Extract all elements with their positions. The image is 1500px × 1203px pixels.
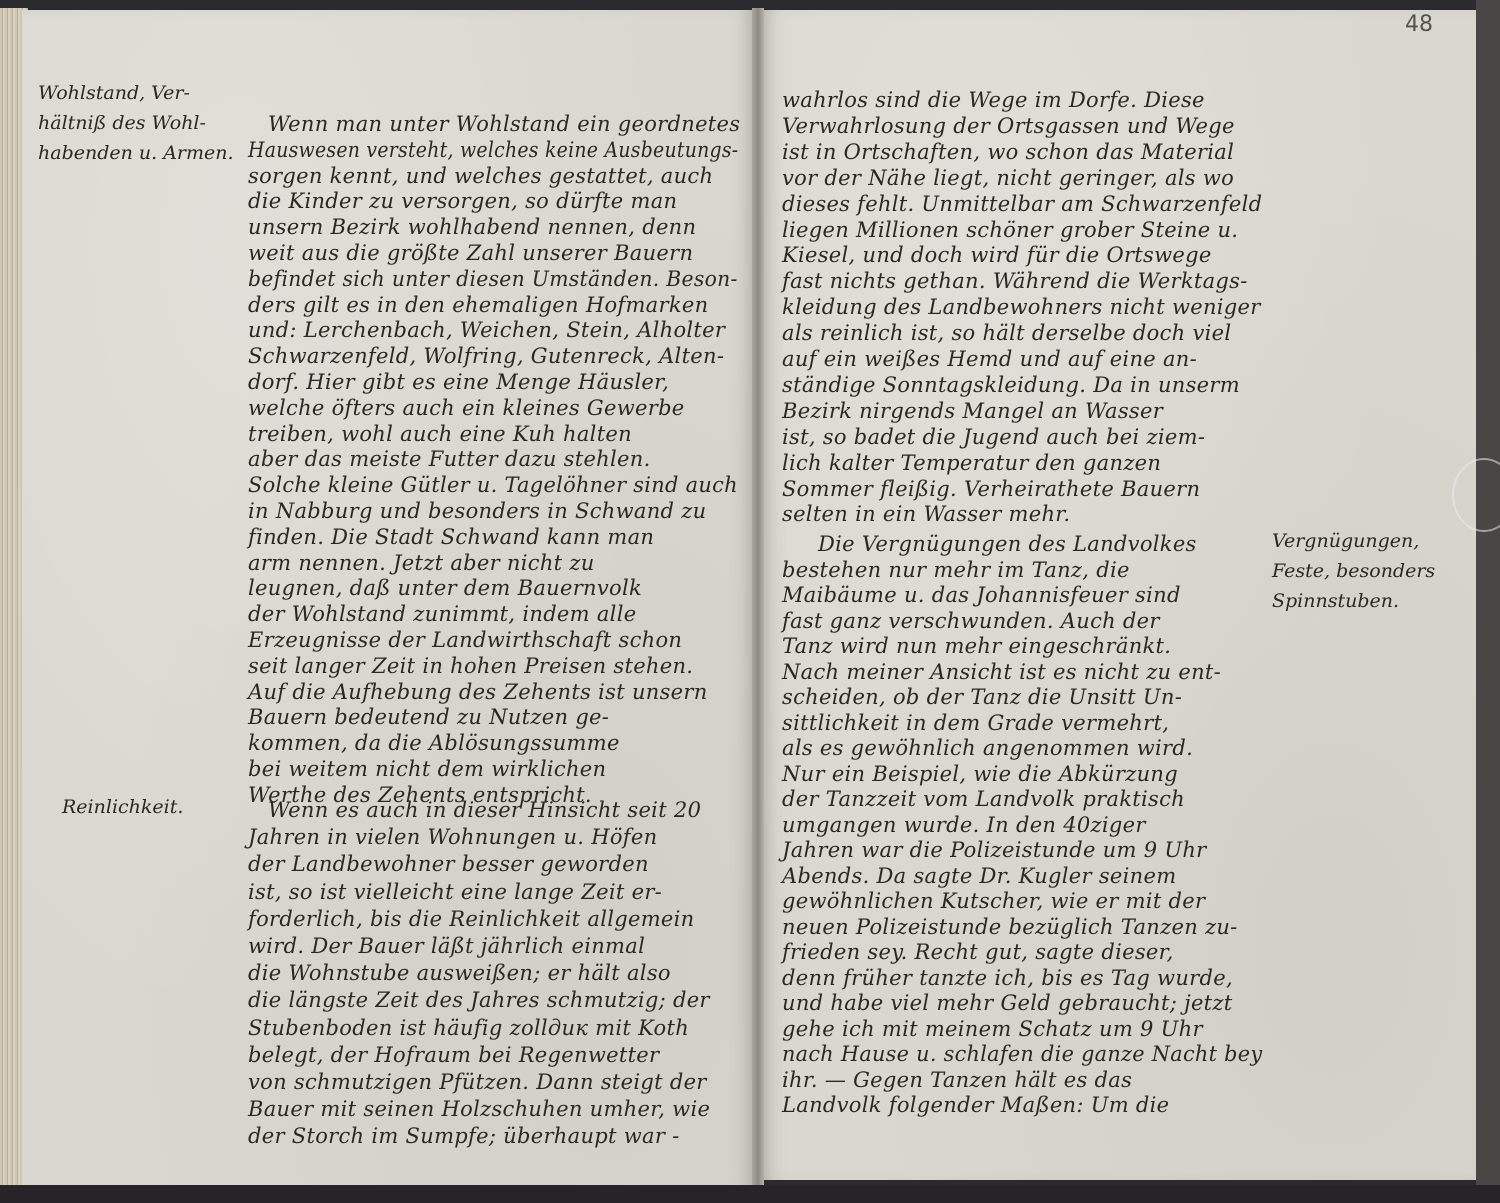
manuscript-line: von schmutzigen Pfützen. Dann steigt der	[248, 1070, 707, 1094]
manuscript-line: Maibäume u. das Johannisfeuer sind	[782, 583, 1181, 607]
manuscript-line: dieses fehlt. Unmittelbar am Schwarzenfe…	[782, 192, 1262, 216]
manuscript-line: sittlichkeit in dem Grade vermehrt,	[782, 711, 1169, 735]
manuscript-line: und: Lerchenbach, Weichen, Stein, Alholt…	[248, 318, 725, 342]
binding-board	[1476, 0, 1500, 1203]
manuscript-line: wird. Der Bauer läßt jährlich einmal	[248, 934, 645, 958]
manuscript-line: Schwarzenfeld, Wolfring, Gutenreck, Alte…	[248, 344, 724, 368]
manuscript-line: lich kalter Temperatur den ganzen	[782, 451, 1161, 475]
manuscript-line: Jahren war die Polizeistunde um 9 Uhr	[782, 838, 1207, 862]
manuscript-line: bei weitem nicht dem wirklichen	[248, 757, 606, 781]
manuscript-line: als es gewöhnlich angenommen wird.	[782, 736, 1193, 760]
manuscript-line: bestehen nur mehr im Tanz, die	[782, 558, 1130, 582]
manuscript-spread: 48 Wohlstand, Ver- hältniß des Wohl- hab…	[0, 0, 1500, 1203]
manuscript-line: wahrlos sind die Wege im Dorfe. Diese	[782, 88, 1205, 112]
manuscript-line: Stubenboden ist häufig zollдик mit Koth	[248, 1016, 689, 1040]
manuscript-line: ihr. — Gegen Tanzen hält es das	[782, 1068, 1132, 1092]
margin-note-wohlstand-2: hältniß des Wohl-	[38, 112, 206, 134]
manuscript-line: Wenn man unter Wohlstand ein geordnetes	[268, 112, 740, 136]
manuscript-line: fast ganz verschwunden. Auch der	[782, 609, 1160, 633]
manuscript-line: die längste Zeit des Jahres schmutzig; d…	[248, 988, 710, 1012]
manuscript-line: Hauswesen versteht, welches keine Ausbeu…	[248, 138, 738, 162]
manuscript-line: arm nennen. Jetzt aber nicht zu	[248, 551, 595, 575]
scan-background	[0, 1185, 1500, 1203]
manuscript-line: weit aus die größte Zahl unserer Bauern	[248, 241, 693, 265]
manuscript-line: ist, so badet die Jugend auch bei ziem-	[782, 425, 1205, 449]
margin-note-wohlstand-3: habenden u. Armen.	[38, 142, 234, 164]
margin-note-wohlstand-1: Wohlstand, Ver-	[38, 82, 190, 104]
manuscript-line: Bauer mit seinen Holzschuhen umher, wie	[248, 1097, 710, 1121]
manuscript-line: unsern Bezirk wohlhabend nennen, denn	[248, 215, 696, 239]
manuscript-line: dorf. Hier gibt es eine Menge Häusler,	[248, 370, 669, 394]
manuscript-line: kleidung des Landbewohners nicht weniger	[782, 295, 1261, 319]
manuscript-line: Jahren in vielen Wohnungen u. Höfen	[248, 825, 657, 849]
manuscript-line: welche öfters auch ein kleines Gewerbe	[248, 396, 685, 420]
manuscript-line: ders gilt es in den ehemaligen Hofmarken	[248, 293, 708, 317]
manuscript-line: aber das meiste Futter dazu stehlen.	[248, 447, 651, 471]
manuscript-line: die Wohnstube ausweißen; er hält also	[248, 961, 671, 985]
manuscript-line: frieden sey. Recht gut, sagte dieser,	[782, 940, 1174, 964]
manuscript-line: auf ein weißes Hemd und auf eine an-	[782, 347, 1197, 371]
manuscript-line: der Wohlstand zunimmt, indem alle	[248, 602, 636, 626]
manuscript-line: der Storch im Sumpfe; überhaupt war -	[248, 1124, 680, 1148]
manuscript-line: ist, so ist vielleicht eine lange Zeit e…	[248, 880, 662, 904]
manuscript-line: Bezirk nirgends Mangel an Wasser	[782, 399, 1163, 423]
manuscript-line: Kiesel, und doch wird für die Ortswege	[782, 243, 1212, 267]
manuscript-line: belegt, der Hofraum bei Regenwetter	[248, 1043, 659, 1067]
manuscript-line: als reinlich ist, so hält derselbe doch …	[782, 321, 1231, 345]
manuscript-line: ist in Ortschaften, wo schon das Materia…	[782, 140, 1234, 164]
manuscript-line: gehe ich mit meinem Schatz um 9 Uhr	[782, 1017, 1203, 1041]
manuscript-line: Tanz wird nun mehr eingeschränkt.	[782, 634, 1171, 658]
manuscript-line: umgangen wurde. In den 40ziger	[782, 813, 1146, 837]
manuscript-line: Solche kleine Gütler u. Tagelöhner sind …	[248, 473, 738, 497]
manuscript-line: Nach meiner Ansicht ist es nicht zu ent-	[782, 660, 1221, 684]
manuscript-line: selten in ein Wasser mehr.	[782, 502, 1070, 526]
manuscript-line: Verwahrlosung der Ortsgassen und Wege	[782, 114, 1235, 138]
margin-note-vergnuegungen-1: Vergnügungen,	[1272, 530, 1419, 552]
book-gutter	[752, 8, 764, 1198]
manuscript-line: Abends. Da sagte Dr. Kugler seinem	[782, 864, 1176, 888]
manuscript-line: finden. Die Stadt Schwand kann man	[248, 525, 654, 549]
manuscript-line: und habe viel mehr Geld gebraucht; jetzt	[782, 991, 1233, 1015]
manuscript-line: Auf die Aufhebung des Zehents ist unsern	[248, 680, 708, 704]
manuscript-line: ständige Sonntagskleidung. Da in unserm	[782, 373, 1240, 397]
margin-note-reinlichkeit: Reinlichkeit.	[62, 796, 183, 818]
manuscript-line: kommen, da die Ablösungssumme	[248, 731, 620, 755]
manuscript-line: forderlich, bis die Reinlichkeit allgeme…	[248, 907, 695, 931]
manuscript-line: neuen Polizeistunde bezüglich Tanzen zu-	[782, 915, 1238, 939]
manuscript-line: Nur ein Beispiel, wie die Abkürzung	[782, 762, 1178, 786]
manuscript-line: die Kinder zu versorgen, so dürfte man	[248, 189, 677, 213]
manuscript-line: liegen Millionen schöner grober Steine u…	[782, 218, 1238, 242]
manuscript-line: Die Vergnügungen des Landvolkes	[818, 532, 1197, 556]
margin-note-vergnuegungen-3: Spinnstuben.	[1272, 590, 1399, 612]
manuscript-line: nach Hause u. schlafen die ganze Nacht b…	[782, 1042, 1262, 1066]
manuscript-line: der Landbewohner besser geworden	[248, 852, 649, 876]
manuscript-line: Sommer fleißig. Verheirathete Bauern	[782, 477, 1200, 501]
manuscript-line: scheiden, ob der Tanz die Unsitt Un-	[782, 685, 1182, 709]
manuscript-line: Landvolk folgender Maßen: Um die	[782, 1093, 1169, 1117]
manuscript-line: der Tanzzeit vom Landvolk praktisch	[782, 787, 1185, 811]
manuscript-line: sorgen kennt, und welches gestattet, auc…	[248, 164, 713, 188]
manuscript-line: befindet sich unter diesen Umständen. Be…	[248, 267, 738, 291]
manuscript-line: seit langer Zeit in hohen Preisen stehen…	[248, 654, 693, 678]
manuscript-line: gewöhnlichen Kutscher, wie er mit der	[782, 889, 1205, 913]
manuscript-line: treiben, wohl auch eine Kuh halten	[248, 422, 632, 446]
manuscript-line: denn früher tanzte ich, bis es Tag wurde…	[782, 966, 1233, 990]
manuscript-line: fast nichts gethan. Während die Werktags…	[782, 269, 1248, 293]
margin-note-vergnuegungen-2: Feste, besonders	[1272, 560, 1435, 582]
manuscript-line: Erzeugnisse der Landwirthschaft schon	[248, 628, 682, 652]
folio-number: 48	[1405, 12, 1433, 37]
manuscript-line: leugnen, daß unter dem Bauernvolk	[248, 576, 642, 600]
manuscript-line: vor der Nähe liegt, nicht geringer, als …	[782, 166, 1234, 190]
manuscript-line: Bauern bedeutend zu Nutzen ge-	[248, 705, 609, 729]
manuscript-line: Wenn es auch in dieser Hinsicht seit 20	[268, 798, 701, 822]
manuscript-line: in Nabburg und besonders in Schwand zu	[248, 499, 706, 523]
